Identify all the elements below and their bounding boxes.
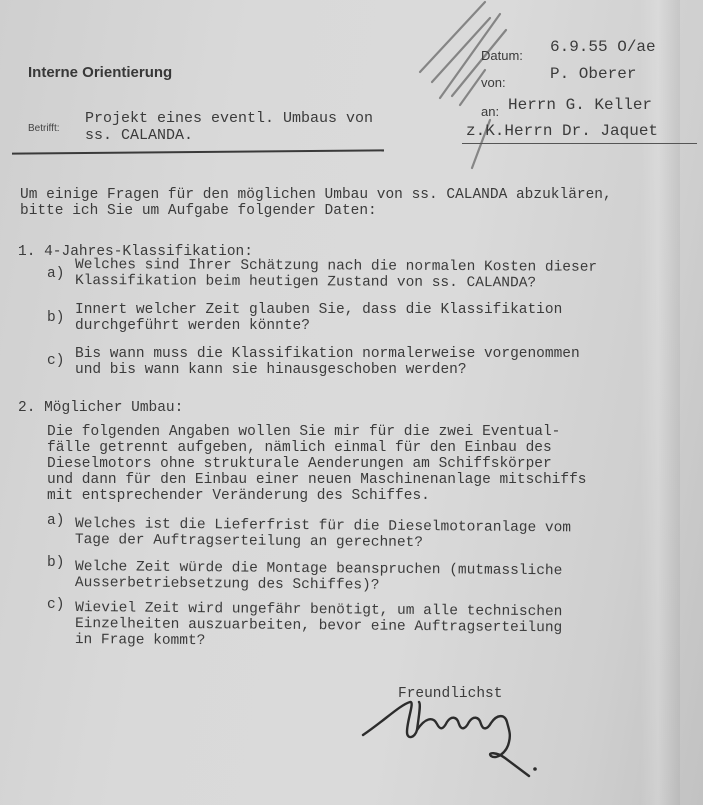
text-line: Die folgenden Angaben wollen Sie mir für… [47, 424, 587, 440]
item-letter: b) [47, 310, 64, 326]
subject-underline [12, 149, 384, 154]
list-item: Welches ist die Lieferfrist für die Dies… [75, 516, 571, 552]
subject-line: ss. CALANDA. [85, 127, 373, 144]
an-value: Herrn G. Keller [508, 96, 652, 114]
recipient-underline [462, 143, 697, 144]
text-line: fälle getrennt aufgeben, nämlich einmal … [47, 440, 587, 456]
list-item: Welches sind Ihrer Schätzung nach die no… [75, 257, 597, 292]
item-letter: c) [47, 353, 64, 369]
memo-page: Interne Orientierung Betrifft: Projekt e… [0, 0, 703, 805]
list-item: Wieviel Zeit wird ungefähr benötigt, um … [75, 600, 563, 652]
subject-text: Projekt eines eventl. Umbaus vonss. CALA… [85, 110, 373, 144]
item-letter: a) [47, 266, 64, 282]
text-line: bitte ich Sie um Aufgabe folgender Daten… [20, 203, 612, 219]
paper-fold-shading [640, 0, 680, 805]
von-value: P. Oberer [550, 65, 636, 83]
datum-value: 6.9.55 O/ae [550, 38, 656, 56]
text-line: mit entsprechender Veränderung des Schif… [47, 488, 587, 504]
signature-icon [355, 690, 615, 790]
datum-label: Datum: [481, 48, 523, 63]
von-label: von: [481, 75, 506, 90]
zur-kenntnis-value: z.K.Herrn Dr. Jaquet [466, 122, 658, 140]
text-line: Innert welcher Zeit glauben Sie, dass di… [75, 302, 562, 318]
item-letter: a) [47, 513, 64, 529]
an-label: an: [481, 104, 499, 119]
section-2-heading: 2. Möglicher Umbau: [18, 400, 183, 416]
list-item: Welche Zeit würde die Montage beanspruch… [75, 559, 563, 595]
text-line: und dann für den Einbau einer neuen Masc… [47, 472, 587, 488]
text-line: Um einige Fragen für den möglichen Umbau… [20, 187, 612, 203]
text-line: Bis wann muss die Klassifikation normale… [75, 346, 580, 362]
text-line: Dieselmotors ohne strukturale Aenderunge… [47, 456, 587, 472]
subject-line: Projekt eines eventl. Umbaus von [85, 110, 373, 127]
item-letter: b) [47, 555, 64, 571]
text-line: und bis wann kann sie hinausgeschoben we… [75, 362, 580, 378]
document-type-title: Interne Orientierung [28, 64, 172, 81]
list-item: Innert welcher Zeit glauben Sie, dass di… [75, 302, 562, 334]
text-line: durchgeführt werden könnte? [75, 318, 562, 334]
list-item: Bis wann muss die Klassifikation normale… [75, 346, 580, 378]
item-letter: c) [47, 597, 64, 613]
text-line: Klassifikation beim heutigen Zustand von… [75, 273, 597, 292]
section-2-paragraph: Die folgenden Angaben wollen Sie mir für… [47, 424, 587, 504]
intro-paragraph: Um einige Fragen für den möglichen Umbau… [20, 187, 612, 219]
pencil-strokes-icon [410, 0, 530, 170]
betrifft-label: Betrifft: [28, 123, 60, 134]
